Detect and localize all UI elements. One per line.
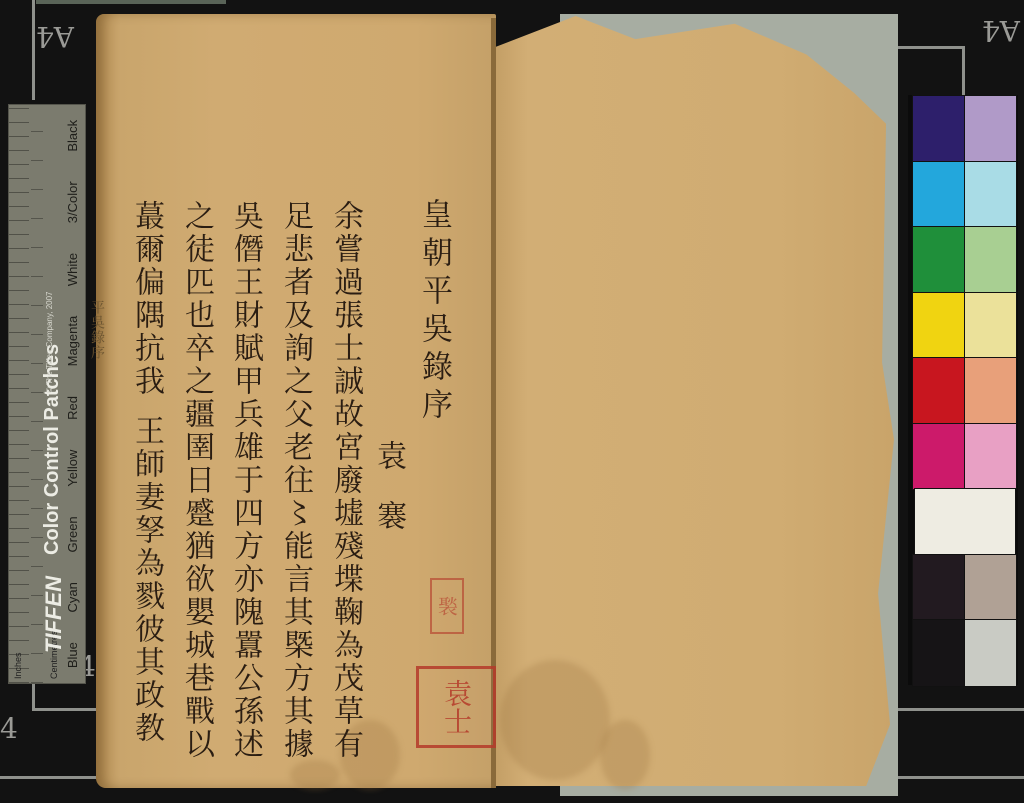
color-patch — [964, 292, 1017, 360]
water-stain — [290, 760, 340, 790]
margin-label: 平吳錄序 — [90, 300, 104, 360]
color-patch — [912, 161, 965, 229]
top-strip — [36, 0, 226, 4]
grid-line-bottom-left-h — [32, 708, 102, 711]
color-patch — [964, 357, 1017, 425]
document-title: 皇朝平吳錄序 — [418, 198, 449, 426]
label-red: Red — [65, 396, 80, 420]
water-stain — [600, 720, 650, 790]
tiffen-logo: TIFFEN — [41, 576, 67, 653]
color-patch — [912, 292, 965, 360]
color-chart — [908, 95, 1018, 685]
color-patch — [912, 357, 965, 425]
author-surname: 袁 — [373, 440, 403, 473]
tiffen-ruler: Inches Centimetres TIFFEN Color Control … — [8, 104, 86, 684]
water-stain — [500, 660, 610, 780]
grid-line-right-bottom-2 — [898, 776, 1024, 779]
inches-label: Inches — [13, 652, 23, 679]
ruler-color-labels: Blue Cyan Green Yellow Red Magenta White… — [65, 105, 80, 683]
text-column-4: 之徒匹也卒之疆圉日蹙猶欲嬰城巷戰以 — [181, 200, 211, 761]
color-patch — [914, 488, 1016, 556]
grid-line-right-bottom — [898, 708, 1024, 711]
label-black: Black — [65, 120, 80, 152]
color-patch — [912, 554, 965, 622]
text-column-5: 蕞爾偏隅抗我 — [131, 200, 161, 398]
color-patch — [964, 423, 1017, 491]
a4-mark-right: A4 — [982, 14, 1020, 47]
label-magenta: Magenta — [65, 316, 80, 367]
grid-line-right-v — [962, 46, 965, 96]
color-patch — [964, 226, 1017, 294]
label-cyan: Cyan — [65, 582, 80, 612]
text-column-1: 余嘗過張士誠故宮廢墟殘堞鞠為茂草有 — [330, 200, 360, 761]
text-column-3: 吳僭王財賦甲兵雄于四方亦隗囂公孫述 — [230, 200, 260, 761]
color-patch — [964, 554, 1017, 622]
label-green: Green — [65, 516, 80, 552]
seal-upper: 褧 — [430, 578, 464, 634]
color-patch — [912, 226, 965, 294]
text-column-2: 足悲者及詢之父老往〻能言其槩方其據 — [280, 200, 310, 761]
a4-mark-left: A4 — [36, 20, 74, 53]
label-white: White — [65, 253, 80, 286]
label-3color: 3/Color — [65, 181, 80, 223]
label-yellow: Yellow — [65, 450, 80, 487]
color-patch — [964, 95, 1017, 163]
color-patch — [912, 619, 965, 687]
label-blue: Blue — [65, 642, 80, 668]
mark-4-left: 4 — [0, 712, 18, 745]
grid-line-bottom — [0, 776, 100, 779]
color-patch — [912, 423, 965, 491]
color-patch — [964, 161, 1017, 229]
color-patch — [912, 95, 965, 163]
ruler-copyright: © The Tiffen Company, 2007 — [45, 291, 54, 393]
grid-line-bottom-left-v — [32, 680, 35, 710]
author-given-name: 褰 — [373, 500, 403, 533]
grid-line-right-h — [898, 46, 964, 49]
inch-ticks — [9, 105, 29, 683]
text-column-6: 王師妻孥為戮彼其政教 — [131, 415, 161, 745]
grid-line-top-left — [32, 0, 35, 100]
color-patch — [964, 619, 1017, 687]
seal-lower: 袁士 — [416, 666, 496, 748]
